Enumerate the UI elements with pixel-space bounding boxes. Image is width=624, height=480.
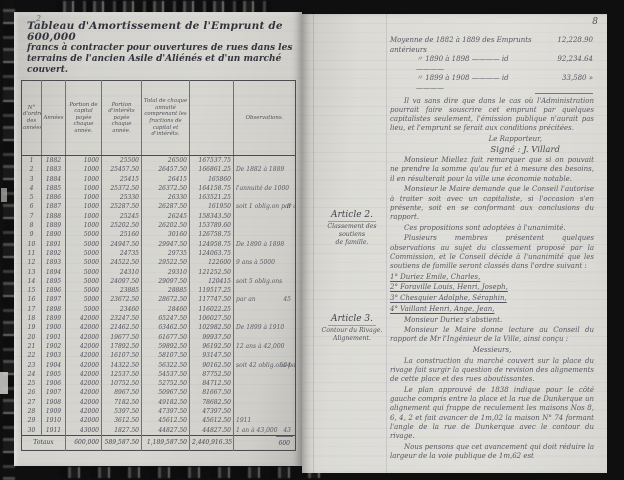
cell-capital: 1000 (66, 184, 102, 193)
cell-total: 26500 (142, 156, 190, 166)
cell-observations (234, 388, 296, 397)
cell-balance: 96192.50 (190, 342, 234, 351)
paragraph: Il va sans dire que dans le cas où l'Adm… (390, 97, 594, 134)
cell-capital: 43000 (66, 426, 102, 436)
cell-order-number: 21 (22, 342, 42, 351)
cell-interest: 17892.50 (102, 342, 142, 351)
average-label: 〃 1890 à 1898 ———— id ———— (390, 55, 535, 74)
cell-total: 63462.50 (142, 323, 190, 332)
paragraph: Plusieurs membres présentent quelques ob… (390, 234, 594, 271)
cell-capital: 5000 (66, 230, 102, 239)
cell-interest: 25330 (102, 193, 142, 202)
cell-year: 1890 (42, 230, 66, 239)
cell-balance: 93147.50 (190, 351, 234, 360)
cell-interest: 23672.50 (102, 295, 142, 304)
cell-capital: 1000 (66, 156, 102, 166)
table-row: 9189050002516030160126758.75 (22, 230, 296, 239)
table-row: 7188810002524526245158343.50 (22, 212, 296, 221)
cell-capital: 5000 (66, 295, 102, 304)
right-page-content: Moyenne de 1882 à 1889 des Emprunts anté… (302, 14, 607, 473)
page-title: Tableau d'Amortissement de l'Emprunt de … (14, 12, 302, 76)
cell-observations (234, 333, 296, 342)
cell-observations (234, 379, 296, 388)
cell-balance: 158343.50 (190, 212, 234, 221)
cell-observations: soit 5 oblig.ons (234, 277, 296, 286)
cell-balance: 122600 (190, 258, 234, 267)
cell-total: 56322.50 (142, 361, 190, 370)
cell-interest: 12537.50 (102, 370, 142, 379)
average-label: 〃 1899 à 1908 ———— id ———— (390, 74, 535, 93)
cell-balance: 90162.50 (190, 361, 234, 370)
cell-interest: 24735 (102, 249, 142, 258)
cell-interest: 21462.50 (102, 323, 142, 332)
cell-year: 1900 (42, 323, 66, 332)
cell-capital: 42000 (66, 342, 102, 351)
cell-observations: 8soit 1 oblig.on par an (234, 202, 296, 211)
cell-observations: De 1882 à 1889 (234, 165, 296, 174)
cell-year: 1903 (42, 351, 66, 360)
table-totals-row: Totaux 600,000 589,587.50 1,189,587.50 2… (22, 435, 296, 450)
cell-interest: 1827.50 (102, 426, 142, 436)
cell-total: 29097.50 (142, 277, 190, 286)
cell-year: 1897 (42, 295, 66, 304)
cell-interest: 25500 (102, 156, 142, 166)
cell-year: 1907 (42, 388, 66, 397)
observation-text: soit 1 oblig.on par an (236, 203, 296, 210)
cell-observations (234, 268, 296, 277)
average-line: 〃 1890 à 1898 ———— id ————92,234.64 (390, 55, 593, 74)
header-capital: Portion de capital payée chaque année. (66, 81, 102, 156)
cell-year: 1883 (42, 165, 66, 174)
average-value: 12,228.90 (535, 36, 593, 55)
header-order-number: N° d'ordre des années (22, 81, 42, 156)
observation-text: 1 an à 43,000 (236, 427, 278, 434)
cell-observations (234, 230, 296, 239)
table-row: 2319044200014322.5056322.5090162.50504so… (22, 361, 296, 370)
right-page: 8 Moyenne de 1882 à 1889 des Emprunts an… (302, 14, 607, 473)
cell-balance: 119517.25 (190, 286, 234, 295)
margin-note-title: Article 3. (328, 314, 376, 326)
cell-order-number: 11 (22, 249, 42, 258)
cell-total: 44827.50 (142, 426, 190, 436)
cell-balance: 78682.50 (190, 398, 234, 407)
table-row: 101891500024947.5029947.50124958.75De 18… (22, 240, 296, 249)
cell-order-number: 8 (22, 221, 42, 230)
paragraph: Ces propositions sont adoptées à l'unani… (390, 224, 594, 233)
cell-observations: De 1899 à 1910 (234, 323, 296, 332)
cell-observations (234, 407, 296, 416)
binding-page-tab (0, 372, 8, 394)
cell-capital: 1000 (66, 175, 102, 184)
cell-capital: 42000 (66, 416, 102, 425)
totals-interest: 589,587.50 (102, 435, 142, 450)
cell-year: 1898 (42, 305, 66, 314)
cell-interest: 19677.50 (102, 333, 142, 342)
cell-total: 29947.50 (142, 240, 190, 249)
cell-year: 1882 (42, 156, 66, 166)
cell-year: 1899 (42, 314, 66, 323)
header-blank (190, 81, 234, 156)
cell-total: 49182.50 (142, 398, 190, 407)
cell-year: 1902 (42, 342, 66, 351)
table-row: 1188210002550026500167537.75 (22, 156, 296, 166)
cell-total: 26415 (142, 175, 190, 184)
cell-order-number: 1 (22, 156, 42, 166)
cell-order-number: 19 (22, 323, 42, 332)
cell-capital: 42000 (66, 323, 102, 332)
scanned-register-page: { "book": { "left_corner_mark": "2", "ri… (0, 0, 624, 480)
cell-year: 1892 (42, 249, 66, 258)
amortization-table: N° d'ordre des années Années Portion de … (21, 80, 296, 451)
cell-total: 26245 (142, 212, 190, 221)
cell-order-number: 16 (22, 295, 42, 304)
average-line: 〃 1899 à 1908 ———— id ————33,580 » (390, 74, 593, 93)
cell-observations: 431 an à 43,000 (234, 426, 296, 436)
cell-observations: De 1890 à 1898 (234, 240, 296, 249)
cell-total: 26202.50 (142, 221, 190, 230)
cell-balance: 44827.50 (190, 426, 234, 436)
cell-interest: 25160 (102, 230, 142, 239)
cell-interest: 24310 (102, 268, 142, 277)
cell-total: 45612.50 (142, 416, 190, 425)
table-row: 2219034200016107.5058107.5093147.50 (22, 351, 296, 360)
cell-capital: 5000 (66, 268, 102, 277)
cell-total: 61677.50 (142, 333, 190, 342)
cell-order-number: 26 (22, 388, 42, 397)
paragraph: Messieurs, (390, 346, 594, 355)
table-body: 1188210002550026500167537.75218831000254… (22, 156, 296, 436)
cell-interest: 25287.50 (102, 202, 142, 211)
cell-interest: 23247.50 (102, 314, 142, 323)
cell-interest: 7182.50 (102, 398, 142, 407)
cell-balance: 87752.50 (190, 370, 234, 379)
table-row: 141895500024097.5029097.50120415soit 5 o… (22, 277, 296, 286)
cell-total: 29522.50 (142, 258, 190, 267)
cell-order-number: 30 (22, 426, 42, 436)
cell-order-number: 25 (22, 379, 42, 388)
cell-total: 29310 (142, 268, 190, 277)
cell-total: 30160 (142, 230, 190, 239)
cell-year: 1904 (42, 361, 66, 370)
observation-text: soit 42 oblig.ons par an (236, 362, 296, 369)
cell-year: 1884 (42, 175, 66, 184)
table-row: 5188610002533026330163521.25 (22, 193, 296, 202)
cell-capital: 1000 (66, 212, 102, 221)
cell-year: 1905 (42, 370, 66, 379)
cell-observations (234, 156, 296, 166)
cell-year: 1896 (42, 286, 66, 295)
cell-observations (234, 370, 296, 379)
cell-year: 1888 (42, 212, 66, 221)
observation-number: 45 (283, 295, 293, 304)
cell-interest: 25372.50 (102, 184, 142, 193)
cell-year: 1893 (42, 258, 66, 267)
cell-total: 65247.50 (142, 314, 190, 323)
cell-year: 1889 (42, 221, 66, 230)
table-row: 15189650002388528885119517.25 (22, 286, 296, 295)
cell-observations (234, 249, 296, 258)
observation-text: De 1899 à 1910 (236, 324, 284, 331)
table-row: 281909420005397.5047397.5047397.50 (22, 407, 296, 416)
totals-obligations-count: 600 (276, 436, 293, 450)
margin-note: Article 3.Contour du Rivage.Alignement. (315, 314, 389, 343)
cell-capital: 42000 (66, 407, 102, 416)
observation-text: 9 ans à 5000 (236, 259, 275, 266)
cell-balance: 47397.50 (190, 407, 234, 416)
cell-capital: 5000 (66, 305, 102, 314)
observation-text: soit 5 oblig.ons (236, 278, 282, 285)
cell-order-number: 9 (22, 230, 42, 239)
cell-capital: 5000 (66, 249, 102, 258)
observation-text: De 1882 à 1889 (236, 166, 284, 173)
cell-observations (234, 221, 296, 230)
paragraph: Le plan approuvé de 1838 indique pour le… (390, 386, 594, 441)
cell-interest: 24522.50 (102, 258, 142, 267)
cell-year: 1891 (42, 240, 66, 249)
cell-interest: 16107.50 (102, 351, 142, 360)
paragraph: Nous pensons que cet avancement qui doit… (390, 443, 594, 461)
cell-observations: 9 ans à 5000 (234, 258, 296, 267)
cell-balance: 161950 (190, 202, 234, 211)
cell-total: 54537.50 (142, 370, 190, 379)
totals-label: Totaux (22, 435, 66, 450)
right-page-text: Il va sans dire que dans le cas où l'Adm… (390, 97, 594, 462)
corner-mark: 2 (36, 14, 41, 23)
cell-order-number: 24 (22, 370, 42, 379)
cell-capital: 42000 (66, 379, 102, 388)
cell-capital: 42000 (66, 388, 102, 397)
cell-year: 1894 (42, 268, 66, 277)
cell-year: 1886 (42, 193, 66, 202)
margin-note-line: Alignement. (315, 335, 389, 343)
header-total-annuity: Total de chaque annuité comprenant les f… (142, 81, 190, 156)
average-value: 92,234.64 (535, 55, 593, 74)
cell-total: 29735 (142, 249, 190, 258)
cell-interest: 8967.50 (102, 388, 142, 397)
cell-observations (234, 314, 296, 323)
cell-balance: 99937.50 (190, 333, 234, 342)
margin-note-line: Classement des soutiens (315, 223, 389, 239)
cell-order-number: 28 (22, 407, 42, 416)
cell-capital: 42000 (66, 370, 102, 379)
cell-order-number: 14 (22, 277, 42, 286)
cell-order-number: 27 (22, 398, 42, 407)
observation-text: par an (236, 296, 256, 303)
cell-total: 52752.50 (142, 379, 190, 388)
cell-capital: 42000 (66, 333, 102, 342)
table-row: 2419054200012537.5054537.5087752.50 (22, 370, 296, 379)
cell-total: 26372.50 (142, 184, 190, 193)
cell-interest: 23460 (102, 305, 142, 314)
cell-capital: 5000 (66, 286, 102, 295)
totals-observations: 600 (234, 435, 296, 450)
cell-capital: 1000 (66, 221, 102, 230)
cell-total: 26330 (142, 193, 190, 202)
cell-balance: 124958.75 (190, 240, 234, 249)
cell-year: 1895 (42, 277, 66, 286)
paragraph: Monsieur le Maire donne lecture au Conse… (390, 326, 594, 344)
cell-order-number: 18 (22, 314, 42, 323)
cell-total: 26457.50 (142, 165, 190, 174)
cell-interest: 25202.50 (102, 221, 142, 230)
cell-total: 28460 (142, 305, 190, 314)
table-row: 81889100025202.5026202.50153789.60 (22, 221, 296, 230)
cell-observations (234, 175, 296, 184)
cell-order-number: 3 (22, 175, 42, 184)
cell-interest: 3612.50 (102, 416, 142, 425)
cell-interest: 25245 (102, 212, 142, 221)
table-row: 161897500023672.5028672.50117747.5045par… (22, 295, 296, 304)
cell-interest: 23885 (102, 286, 142, 295)
cell-year: 1911 (42, 426, 66, 436)
observation-text: De 1890 à 1898 (236, 241, 284, 248)
cell-capital: 42000 (66, 361, 102, 370)
cell-capital: 1000 (66, 202, 102, 211)
cell-interest: 14322.50 (102, 361, 142, 370)
cell-balance: 153789.60 (190, 221, 234, 230)
cell-year: 1906 (42, 379, 66, 388)
cell-interest: 10752.50 (102, 379, 142, 388)
cell-balance: 124063.75 (190, 249, 234, 258)
cell-order-number: 15 (22, 286, 42, 295)
cell-order-number: 13 (22, 268, 42, 277)
margin-note-title: Article 2. (328, 210, 376, 222)
paragraph: La construction du marché couvert sur la… (390, 357, 594, 385)
paragraph: Monsieur Duriez s'abstient. (390, 316, 594, 325)
binding-page-tab (1, 188, 7, 202)
table-row: 11189250002473529735124063.75 (22, 249, 296, 258)
title-line-1: Tableau d'Amortissement de l'Emprunt de … (27, 21, 298, 43)
cell-balance: 81667.50 (190, 388, 234, 397)
title-line-3: terrains de l'ancien Asile d'Aliénés et … (27, 54, 298, 76)
table-row: 2519064200010752.5052752.5084712.50 (22, 379, 296, 388)
cell-order-number: 10 (22, 240, 42, 249)
title-line-2: francs à contracter pour ouvertures de r… (27, 43, 298, 54)
cell-balance: 106027.50 (190, 314, 234, 323)
average-value: 33,580 » (535, 74, 593, 93)
table-row: 271908420007182.5049182.5078682.50 (22, 398, 296, 407)
cell-capital: 1000 (66, 193, 102, 202)
cell-total: 59892.50 (142, 342, 190, 351)
cell-balance: 163521.25 (190, 193, 234, 202)
cell-interest: 5397.50 (102, 407, 142, 416)
cell-interest: 24097.50 (102, 277, 142, 286)
totals-capital: 600,000 (66, 435, 102, 450)
paragraph: Monsieur Miellez fait remarquer que si o… (390, 156, 594, 184)
table-row: 21883100025457.5026457.50166861.25De 188… (22, 165, 296, 174)
cell-balance: 167537.75 (190, 156, 234, 166)
table-row: 291910420003612.5045612.5045612.501911 (22, 416, 296, 425)
observation-number: 43 (283, 426, 293, 435)
cell-observations: 45par an (234, 295, 296, 304)
paragraph: 2° Foraville Louis, Henri, Joseph, (390, 283, 594, 292)
cell-order-number: 5 (22, 193, 42, 202)
margin-note-line: de famille. (315, 239, 389, 247)
header-interest: Portion d'intérêts payée chaque année. (102, 81, 142, 156)
cell-year: 1909 (42, 407, 66, 416)
totals-total: 1,189,587.50 (142, 435, 190, 450)
table-header: N° d'ordre des années Années Portion de … (22, 81, 296, 156)
cell-total: 28672.50 (142, 295, 190, 304)
cell-balance: 165860 (190, 175, 234, 184)
cell-observations (234, 351, 296, 360)
header-observations: Observations. (234, 81, 296, 156)
cell-observations: 504soit 42 oblig.ons par an (234, 361, 296, 370)
cell-order-number: 20 (22, 333, 42, 342)
cell-total: 28885 (142, 286, 190, 295)
cell-balance: 45612.50 (190, 416, 234, 425)
cell-order-number: 12 (22, 258, 42, 267)
header-years: Années (42, 81, 66, 156)
paragraph: Signé : J. Villard (390, 146, 594, 155)
cell-total: 26287.50 (142, 202, 190, 211)
cell-total: 47397.50 (142, 407, 190, 416)
cell-balance: 117747.50 (190, 295, 234, 304)
observation-text: 12 ans à 42,000 (236, 343, 284, 350)
cell-capital: 5000 (66, 240, 102, 249)
cell-year: 1887 (42, 202, 66, 211)
cell-order-number: 29 (22, 416, 42, 425)
cell-order-number: 22 (22, 351, 42, 360)
table-row: 2119024200017892.5059892.5096192.5012 an… (22, 342, 296, 351)
cell-interest: 25415 (102, 175, 142, 184)
cell-balance: 120415 (190, 277, 234, 286)
cell-order-number: 23 (22, 361, 42, 370)
table-row: 301911430001827.5044827.5044827.50431 an… (22, 426, 296, 436)
table-row: 121893500024522.5029522.501226009 ans à … (22, 258, 296, 267)
left-page: 2 Tableau d'Amortissement de l'Emprunt d… (14, 12, 302, 466)
cell-year: 1885 (42, 184, 66, 193)
cell-balance: 164158.75 (190, 184, 234, 193)
table-row: 3188410002541526415165860 (22, 175, 296, 184)
cell-balance: 126758.75 (190, 230, 234, 239)
cell-observations: 1911 (234, 416, 296, 425)
paragraph: Monsieur le Maire demande que le Conseil… (390, 185, 594, 222)
cell-observations (234, 193, 296, 202)
cell-balance: 102982.50 (190, 323, 234, 332)
cell-capital: 1000 (66, 165, 102, 174)
cell-capital: 5000 (66, 258, 102, 267)
cell-order-number: 7 (22, 212, 42, 221)
table-row: 1919004200021462.5063462.50102982.50De 1… (22, 323, 296, 332)
cell-balance: 121252.50 (190, 268, 234, 277)
cell-total: 58107.50 (142, 351, 190, 360)
cell-observations (234, 305, 296, 314)
margin-note: Article 2.Classement des soutiensde fami… (315, 210, 389, 247)
cell-order-number: 6 (22, 202, 42, 211)
average-line: Moyenne de 1882 à 1889 des Emprunts anté… (390, 36, 593, 55)
observation-text: 1911 (236, 417, 251, 424)
cell-capital: 42000 (66, 314, 102, 323)
paragraph: 4° Vaillant Henri, Ange, Jean, (390, 305, 594, 314)
margin-note-line: Contour du Rivage. (315, 327, 389, 335)
observation-text: l'annuité de 1000 (236, 185, 289, 192)
cell-balance: 84712.50 (190, 379, 234, 388)
book-bottom-edge (60, 467, 328, 478)
cell-total: 50967.50 (142, 388, 190, 397)
paragraph: Le Rapporteur, (390, 135, 594, 144)
cell-interest: 25457.50 (102, 165, 142, 174)
table-row: 41885100025372.5026372.50164158.75l'annu… (22, 184, 296, 193)
cell-observations (234, 212, 296, 221)
table-row: 261907420008967.5050967.5081667.50 (22, 388, 296, 397)
averages: Moyenne de 1882 à 1889 des Emprunts anté… (390, 36, 593, 94)
cell-year: 1910 (42, 416, 66, 425)
paragraph: 1° Duriez Emile, Charles, (390, 273, 594, 282)
table-row: 1818994200023247.5065247.50106027.50 (22, 314, 296, 323)
cell-observations: l'annuité de 1000 (234, 184, 296, 193)
table-row: 2019014200019677.5061677.5099937.50 (22, 333, 296, 342)
